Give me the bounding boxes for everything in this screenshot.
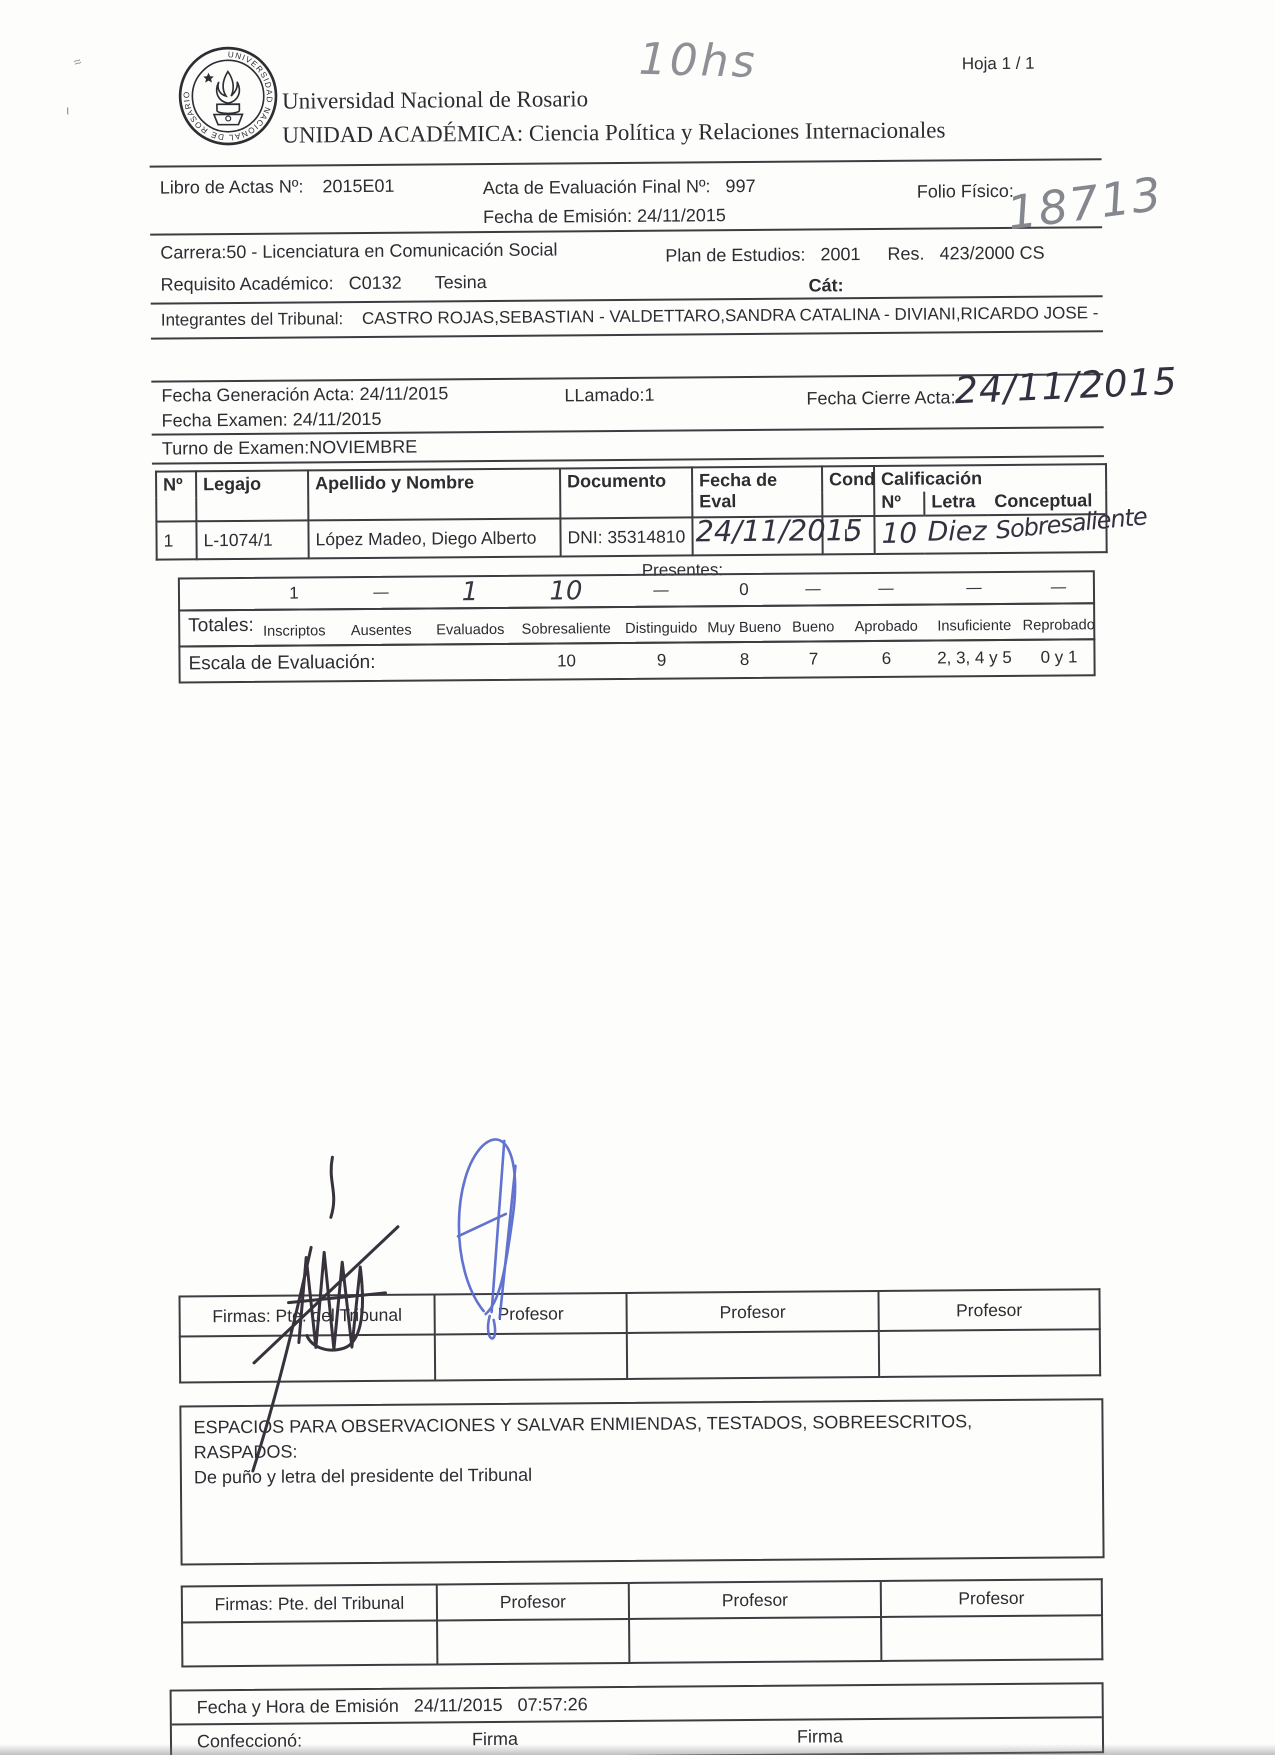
- fecha-emision: Fecha de Emisión: 24/11/2015: [483, 205, 726, 228]
- scan-artifact: ι: [66, 102, 69, 117]
- divider: [151, 330, 1103, 339]
- col-fecha-eval: Fecha de Eval: [692, 466, 822, 517]
- scanner-edge-shadow: [0, 1744, 1275, 1755]
- fecha-emision-value: 24/11/2015: [637, 205, 726, 226]
- emision-footer-hora: 07:57:26: [518, 1694, 588, 1715]
- col-cond: Cond: [822, 466, 874, 516]
- firma-profesor-label: Profesor: [881, 1579, 1102, 1617]
- firma-cell: [182, 1620, 437, 1666]
- fecha-examen-label: Fecha Examen:: [162, 410, 288, 431]
- unr-seal-logo: UNIVERSIDAD NACIONAL DE ROSARIO: [177, 45, 280, 148]
- firmas-signature-row: [180, 1329, 1100, 1382]
- requisito-label: Requisito Académico:: [160, 273, 333, 294]
- calif-numero-handwritten: 10: [881, 517, 917, 550]
- divider: [150, 158, 1102, 167]
- totales-label: Totales:: [180, 614, 250, 642]
- firma-presidente-label: Firmas: Pte. del Tribunal: [179, 1294, 434, 1336]
- firmas-signature-row: [182, 1615, 1102, 1666]
- alumno-fecha-eval-cell: 24/11/2015: [692, 516, 822, 555]
- total-distinguido: —: [616, 580, 706, 601]
- catedra-label: Cát:: [808, 275, 843, 296]
- escala-aprobado: 6: [844, 649, 928, 670]
- fecha-emision-label: Fecha de Emisión:: [483, 206, 632, 227]
- total-evaluados: 1: [424, 577, 516, 608]
- fecha-generacion: Fecha Generación Acta: 24/11/2015: [161, 383, 448, 406]
- firma-cell: [629, 1617, 881, 1663]
- tribunal-integrantes: CASTRO ROJAS,SEBASTIAN - VALDETTARO,SAND…: [362, 303, 1099, 328]
- firmas-table-2: Firmas: Pte. del Tribunal Profesor Profe…: [181, 1578, 1104, 1667]
- col-numero: Nº: [156, 471, 196, 521]
- alumnos-table: Nº Legajo Apellido y Nombre Documento Fe…: [155, 463, 1108, 560]
- calif-letra-handwritten: Diez: [927, 516, 986, 547]
- seal-ring-text: UNIVERSIDAD NACIONAL DE ROSARIO: [182, 50, 274, 142]
- alumno-documento: DNI: 35314810: [560, 517, 692, 556]
- libro-de-actas: Libro de Actas Nº: 2015E01: [160, 176, 395, 199]
- folio-label: Folio Físico:: [917, 181, 1014, 202]
- escala-muy-bueno: 8: [706, 650, 782, 671]
- escala-row: Escala de Evaluación: 10 9 8 7 6 2, 3, 4…: [178, 638, 1095, 683]
- seal-star: [203, 73, 214, 83]
- page-number: Hoja 1 / 1: [962, 54, 1035, 75]
- escala-label: Escala de Evaluación:: [180, 651, 516, 676]
- carrera-label: Carrera:: [160, 242, 226, 263]
- scanned-acta-document: UNIVERSIDAD NACIONAL DE ROSARIO Universi…: [0, 0, 1275, 1755]
- totales-section: 1 — 1 10 — 0 — — — — Totales: Inscriptos…: [178, 570, 1096, 683]
- col-reprobado: Reprobado: [1020, 617, 1097, 639]
- alumno-legajo: L-1074/1: [196, 520, 308, 559]
- fecha-cierre-handwritten: 24/11/2015: [954, 360, 1179, 413]
- fecha-generacion-value: 24/11/2015: [359, 383, 448, 404]
- escala-reprobado: 0 y 1: [1020, 647, 1097, 668]
- col-calif-letra: Letra: [924, 491, 988, 516]
- totales-label-spacer: [180, 594, 250, 595]
- firma-profesor-label: Profesor: [629, 1581, 881, 1619]
- divider: [151, 295, 1103, 304]
- alumno-nombre: López Madeo, Diego Alberto: [308, 518, 560, 558]
- firmas-table-1: Firmas: Pte. del Tribunal Profesor Profe…: [178, 1288, 1101, 1383]
- res-label: Res.: [887, 244, 924, 264]
- requisito-code: C0132: [349, 273, 402, 293]
- firma-cell: [180, 1334, 435, 1382]
- total-inscriptos: 1: [250, 583, 338, 604]
- col-insuficiente: Insuficiente: [928, 618, 1020, 640]
- total-insuficiente: —: [928, 578, 1020, 599]
- escala-sobresaliente: 10: [516, 651, 616, 672]
- acta-label: Acta de Evaluación Final Nº:: [483, 176, 711, 198]
- res-value: 423/2000 CS: [939, 243, 1044, 264]
- carrera: Carrera:50 - Licenciatura en Comunicació…: [160, 239, 557, 263]
- col-distinguido: Distinguido: [616, 620, 706, 642]
- firma-cell: [881, 1615, 1102, 1661]
- total-bueno: —: [782, 579, 844, 599]
- escala-distinguido: 9: [616, 650, 706, 671]
- university-name: Universidad Nacional de Rosario: [282, 86, 588, 114]
- emision-footer-label: Fecha y Hora de Emisión: [197, 1696, 399, 1718]
- seal-flame: [216, 71, 239, 103]
- firma-profesor-label: Profesor: [434, 1293, 626, 1335]
- col-ausentes: Ausentes: [338, 623, 424, 645]
- requisito-nombre: Tesina: [435, 272, 487, 292]
- fecha-examen: Fecha Examen: 24/11/2015: [162, 409, 382, 432]
- alumno-fecha-eval-handwritten: 24/11/2015: [695, 513, 862, 548]
- escala-bueno: 7: [782, 649, 844, 669]
- observaciones-titulo: ESPACIOS PARA OBSERVACIONES Y SALVAR ENM…: [193, 1409, 1013, 1465]
- unr-seal-icon: UNIVERSIDAD NACIONAL DE ROSARIO: [177, 45, 280, 148]
- libro-label: Libro de Actas Nº:: [160, 176, 304, 197]
- col-legajo: Legajo: [196, 470, 308, 521]
- col-bueno: Bueno: [782, 619, 844, 640]
- escala-insuficiente: 2, 3, 4 y 5: [928, 648, 1020, 669]
- requisito-academico: Requisito Académico: C0132 Tesina: [160, 272, 486, 296]
- firma-presidente-label: Firmas: Pte. del Tribunal: [182, 1584, 437, 1622]
- col-nombre: Apellido y Nombre: [308, 468, 560, 520]
- integrantes-tribunal: Integrantes del Tribunal: CASTRO ROJAS,S…: [161, 303, 1099, 330]
- col-aprobado: Aprobado: [844, 619, 928, 641]
- firma-cell: [437, 1619, 629, 1665]
- acta-numero: Acta de Evaluación Final Nº: 997: [483, 176, 756, 199]
- llamado: LLamado:1: [564, 385, 654, 407]
- firma-cell: [627, 1331, 879, 1379]
- total-reprobado: —: [1020, 577, 1097, 598]
- firma-profesor-label: Profesor: [626, 1291, 878, 1333]
- fecha-examen-value: 24/11/2015: [293, 409, 382, 430]
- col-calif-numero: Nº: [874, 492, 924, 516]
- firma-profesor-label: Profesor: [878, 1289, 1099, 1331]
- fecha-cierre: Fecha Cierre Acta:: [806, 387, 955, 409]
- firma-profesor-label: Profesor: [437, 1583, 629, 1621]
- col-documento: Documento: [560, 467, 692, 518]
- acta-value: 997: [725, 176, 755, 196]
- alumno-numero: 1: [156, 521, 196, 559]
- handwritten-time-note: 10hs: [638, 34, 758, 88]
- total-sobresaliente: 10: [516, 576, 616, 607]
- llamado-label: LLamado:: [564, 385, 644, 406]
- turno-examen: Turno de Examen:NOVIEMBRE: [162, 437, 418, 460]
- plan-de-estudios: Plan de Estudios: 2001 Res. 423/2000 CS: [665, 243, 1044, 267]
- col-evaluados: Evaluados: [424, 622, 516, 644]
- plan-label: Plan de Estudios:: [665, 245, 805, 266]
- svg-text:UNIVERSIDAD NACIONAL DE ROSARI: UNIVERSIDAD NACIONAL DE ROSARIO: [182, 50, 274, 142]
- turno-value: NOVIEMBRE: [309, 437, 417, 458]
- turno-label: Turno de Examen:: [162, 437, 310, 458]
- academic-unit: UNIDAD ACADÉMICA: Ciencia Política y Rel…: [282, 117, 945, 148]
- llamado-value: 1: [644, 385, 654, 405]
- alumno-row: 1 L-1074/1 López Madeo, Diego Alberto DN…: [156, 514, 1106, 559]
- carrera-value: 50 - Licenciatura en Comunicación Social: [226, 239, 557, 262]
- fecha-generacion-label: Fecha Generación Acta:: [161, 384, 354, 406]
- emision-footer-fecha: 24/11/2015: [414, 1695, 503, 1716]
- total-ausentes: —: [338, 583, 424, 604]
- total-aprobado: —: [844, 579, 928, 600]
- observaciones-box: ESPACIOS PARA OBSERVACIONES Y SALVAR ENM…: [179, 1398, 1104, 1565]
- fecha-cierre-label: Fecha Cierre Acta:: [806, 387, 955, 408]
- libro-value: 2015E01: [322, 176, 394, 197]
- folio-fisico: Folio Físico:: [917, 181, 1014, 203]
- firma-cell: [435, 1333, 627, 1381]
- col-sobresaliente: Sobresaliente: [516, 621, 616, 643]
- divider: [150, 226, 1102, 235]
- scan-artifact: ≈: [71, 53, 83, 70]
- col-inscriptos: Inscriptos: [250, 623, 338, 645]
- plan-value: 2001: [820, 244, 860, 264]
- folio-handwritten-value: 18713: [1004, 166, 1166, 240]
- firma-cell: [879, 1329, 1100, 1377]
- total-muy-bueno: 0: [706, 580, 782, 601]
- alumno-calificacion-cell: 10 Diez Sobresaliente: [874, 514, 1106, 554]
- col-muy-bueno: Muy Bueno: [706, 620, 782, 642]
- col-calificacion: Calificación: [874, 464, 1106, 492]
- tribunal-label: Integrantes del Tribunal:: [161, 309, 344, 329]
